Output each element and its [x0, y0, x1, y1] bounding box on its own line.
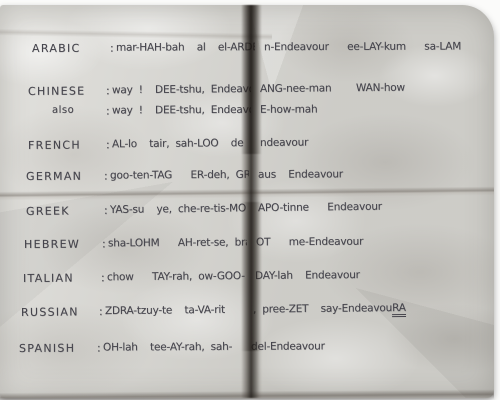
pronunciation-right: ANG-nee-man WAN-how [260, 82, 405, 95]
language-label: ITALIAN [23, 272, 74, 285]
paper-center-fold-shadow [241, 5, 262, 398]
pronunciation-right: OT me-Endeavour [256, 236, 363, 249]
pronunciation-left: YAS-su ye, che-re-tis-MO [110, 202, 246, 216]
separator-colon: : [110, 42, 114, 55]
language-label: SPANISH [19, 342, 75, 355]
separator-colon: : [106, 84, 110, 97]
separator-colon: : [102, 237, 106, 250]
language-label: HEBREW [24, 238, 80, 251]
language-label: also [28, 105, 74, 116]
language-label: GREEK [26, 204, 70, 218]
pronunciation-left: chow TAY-rah, ow-GOO- [107, 270, 245, 283]
separator-colon: : [99, 305, 103, 318]
pronunciation-right-text: , pree-ZET say-Endeavou [253, 302, 392, 315]
pronunciation-right: DAY-lah Endeavour [255, 269, 360, 282]
separator-colon: : [104, 170, 108, 183]
pronunciation-left: sha-LOHM AH-ret-se, bra [108, 236, 247, 249]
pronunciation-left: goo-ten-TAG ER-deh, GRU- [110, 169, 249, 182]
pronunciation-right: n-Endeavour ee-LAY-kum sa-LAM [264, 41, 461, 54]
language-label: RUSSIAN [21, 305, 79, 319]
paper-horizontal-fold-faint [0, 29, 272, 41]
separator-colon: : [97, 342, 101, 355]
pronunciation-right: ndeavour [260, 137, 308, 149]
separator-colon: : [106, 138, 110, 151]
pronunciation-right: , pree-ZET say-EndeavouRA [253, 302, 406, 316]
separator-colon: : [104, 204, 108, 217]
pronunciation-left: ZDRA-tzuy-te ta-VA-rit [105, 304, 225, 317]
pronunciation-right: del-Endeavour [251, 340, 325, 352]
pronunciation-left: OH-lah tee-AY-rah, sah- [103, 341, 232, 354]
photo-of-handwritten-greetings-note: ARABIC : mar-HAH-bah al el-ARDE , n-Ende… [0, 0, 500, 400]
language-label: GERMAN [26, 170, 82, 183]
language-label: ARABIC [32, 42, 81, 55]
pronunciation-right: E-how-mah [260, 103, 317, 115]
pronunciation-left: way ! DEE-tshu, Endeavour [112, 83, 251, 96]
separator-colon: : [106, 105, 110, 118]
language-label: CHINESE [28, 84, 86, 98]
language-label: FRENCH [28, 139, 81, 152]
pronunciation-right: APO-tinne Endeavour [258, 201, 382, 215]
separator-colon: : [101, 271, 105, 284]
pronunciation-left: AL-lo tair, sah-LOO de le [112, 137, 251, 150]
pronunciation-left: way ! DEE-tshu, Endeavour [112, 104, 251, 117]
pronunciation-right: aus Endeavour [258, 168, 343, 180]
pronunciation-left: mar-HAH-bah al el-ARDE , [116, 41, 255, 53]
crumpled-paper-sheet: ARABIC : mar-HAH-bah al el-ARDE , n-Ende… [0, 5, 494, 398]
pronunciation-underlined-suffix: RA [392, 302, 406, 317]
